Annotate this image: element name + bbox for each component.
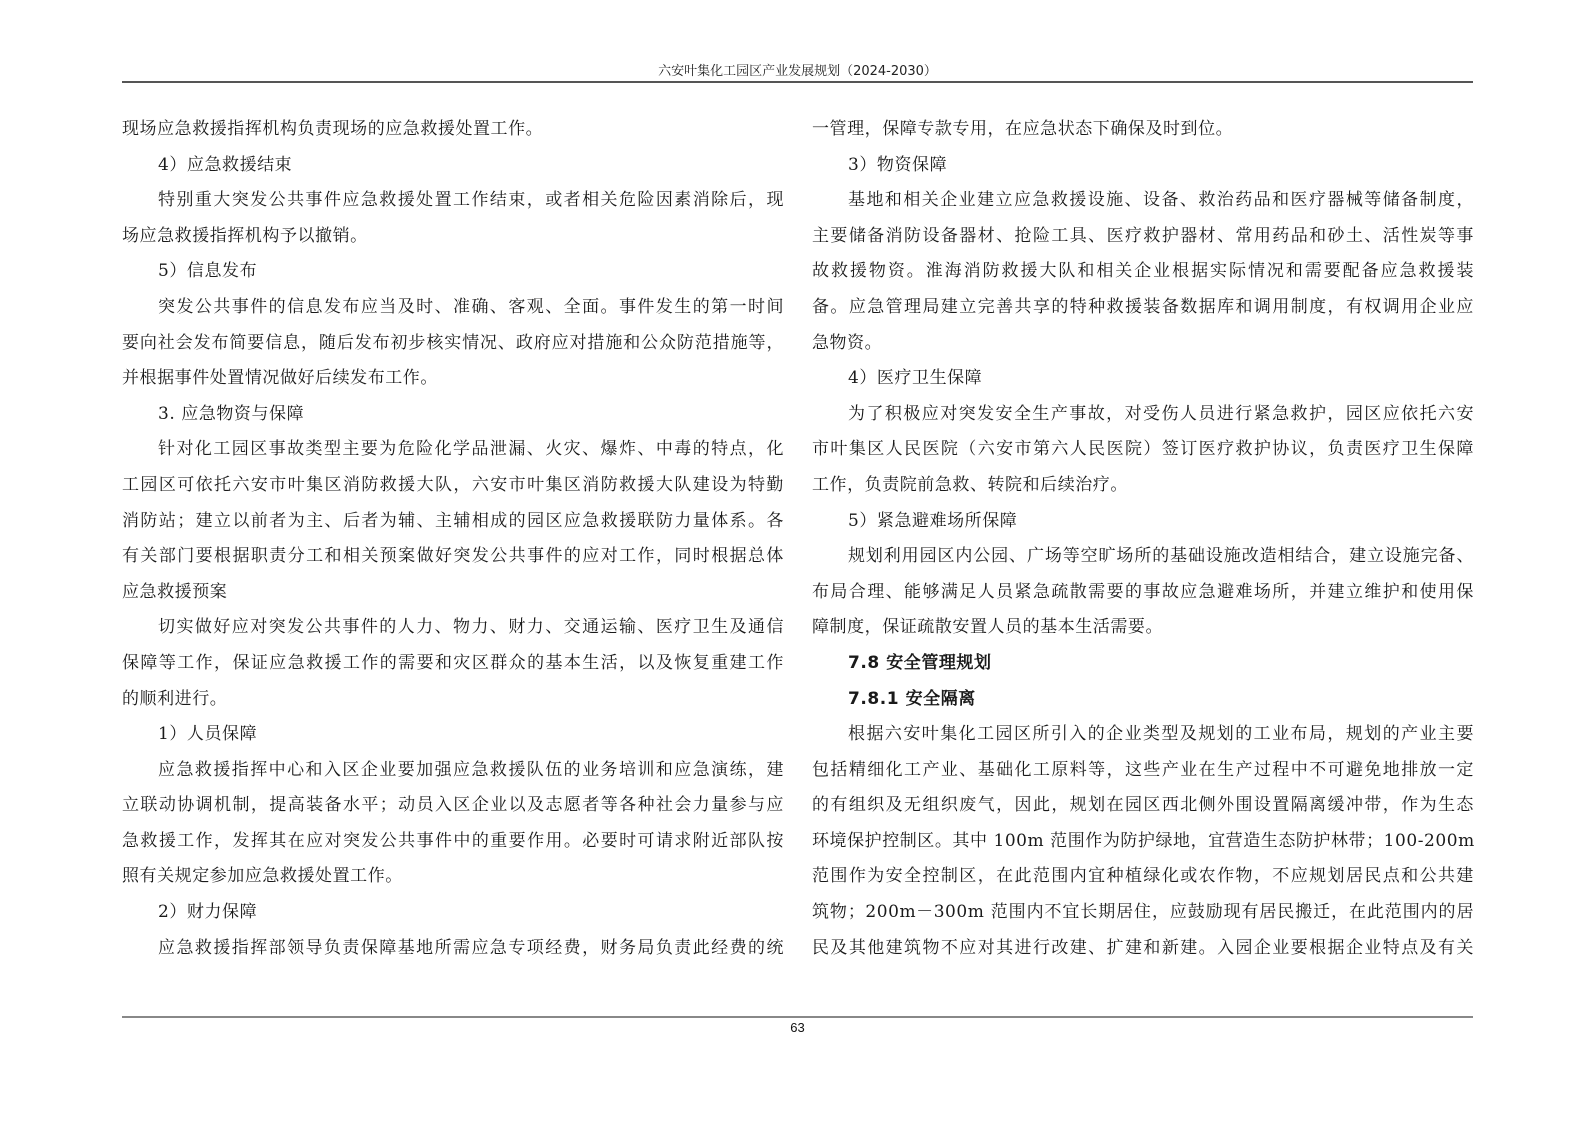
text-line: 特别重大突发公共事件应急救援处置工作结束，或者相关危险因素消除后，现 <box>122 183 784 219</box>
text-line: 一管理，保障专款专用，在应急状态下确保及时到位。 <box>812 112 1474 148</box>
header-divider <box>122 81 1473 83</box>
section-heading: 7.8 安全管理规划 <box>812 646 1474 682</box>
section-heading: 1）人员保障 <box>122 717 784 753</box>
text-line: 的有组织及无组织废气，因此，规划在园区西北侧外围设置隔离缓冲带，作为生态 <box>812 788 1474 824</box>
text-line: 工园区可依托六安市叶集区消防救援大队，六安市叶集区消防救援大队建设为特勤 <box>122 468 784 504</box>
text-line: 市叶集区人民医院（六安市第六人民医院）签订医疗救护协议，负责医疗卫生保障 <box>812 432 1474 468</box>
text-line: 针对化工园区事故类型主要为危险化学品泄漏、火灾、爆炸、中毒的特点，化 <box>122 432 784 468</box>
page-header-title: 六安叶集化工园区产业发展规划（2024-2030） <box>122 62 1473 82</box>
text-line: 包括精细化工产业、基础化工原料等，这些产业在生产过程中不可避免地排放一定 <box>812 753 1474 789</box>
text-line: 现场应急救援指挥机构负责现场的应急救援处置工作。 <box>122 112 784 148</box>
text-line: 民及其他建筑物不应对其进行改建、扩建和新建。入园企业要根据企业特点及有关 <box>812 931 1474 967</box>
text-line: 并根据事件处置情况做好后续发布工作。 <box>122 361 784 397</box>
section-heading: 4）应急救援结束 <box>122 148 784 184</box>
text-line: 切实做好应对突发公共事件的人力、物力、财力、交通运输、医疗卫生及通信 <box>122 610 784 646</box>
text-line: 消防站；建立以前者为主、后者为辅、主辅相成的园区应急救援联防力量体系。各 <box>122 504 784 540</box>
text-line: 照有关规定参加应急救援处置工作。 <box>122 859 784 895</box>
section-heading: 7.8.1 安全隔离 <box>812 682 1474 718</box>
text-line: 立联动协调机制，提高装备水平；动员入区企业以及志愿者等各种社会力量参与应 <box>122 788 784 824</box>
text-line: 故救援物资。淮海消防救援大队和相关企业根据实际情况和需要配备应急救援装 <box>812 254 1474 290</box>
text-line: 应急救援预案 <box>122 575 784 611</box>
text-line: 障制度，保证疏散安置人员的基本生活需要。 <box>812 610 1474 646</box>
section-heading: 3. 应急物资与保障 <box>122 397 784 433</box>
section-heading: 5）信息发布 <box>122 254 784 290</box>
text-line: 布局合理、能够满足人员紧急疏散需要的事故应急避难场所，并建立维护和使用保 <box>812 575 1474 611</box>
footer-divider <box>122 1016 1473 1018</box>
text-line: 环境保护控制区。其中 100m 范围作为防护绿地，宜营造生态防护林带；100-2… <box>812 824 1474 860</box>
left-column: 现场应急救援指挥机构负责现场的应急救援处置工作。4）应急救援结束特别重大突发公共… <box>122 112 784 966</box>
section-heading: 4）医疗卫生保障 <box>812 361 1474 397</box>
text-line: 工作，负责院前急救、转院和后续治疗。 <box>812 468 1474 504</box>
text-line: 要向社会发布简要信息，随后发布初步核实情况、政府应对措施和公众防范措施等， <box>122 326 784 362</box>
text-line: 范围作为安全控制区，在此范围内宜种植绿化或农作物，不应规划居民点和公共建 <box>812 859 1474 895</box>
section-heading: 2）财力保障 <box>122 895 784 931</box>
text-line: 场应急救援指挥机构予以撤销。 <box>122 219 784 255</box>
text-line: 筑物；200m－300m 范围内不宜长期居住，应鼓励现有居民搬迁，在此范围内的居 <box>812 895 1474 931</box>
text-line: 有关部门要根据职责分工和相关预案做好突发公共事件的应对工作，同时根据总体 <box>122 539 784 575</box>
text-line: 保障等工作，保证应急救援工作的需要和灾区群众的基本生活，以及恢复重建工作 <box>122 646 784 682</box>
text-line: 急救援工作，发挥其在应对突发公共事件中的重要作用。必要时可请求附近部队按 <box>122 824 784 860</box>
text-line: 备。应急管理局建立完善共享的特种救援装备数据库和调用制度，有权调用企业应 <box>812 290 1474 326</box>
text-line: 主要储备消防设备器材、抢险工具、医疗救护器材、常用药品和砂土、活性炭等事 <box>812 219 1474 255</box>
text-line: 为了积极应对突发安全生产事故，对受伤人员进行紧急救护，园区应依托六安 <box>812 397 1474 433</box>
text-line: 应急救援指挥中心和入区企业要加强应急救援队伍的业务培训和应急演练，建 <box>122 753 784 789</box>
text-line: 突发公共事件的信息发布应当及时、准确、客观、全面。事件发生的第一时间 <box>122 290 784 326</box>
section-heading: 5）紧急避难场所保障 <box>812 504 1474 540</box>
text-line: 急物资。 <box>812 326 1474 362</box>
text-line: 基地和相关企业建立应急救援设施、设备、救治药品和医疗器械等储备制度， <box>812 183 1474 219</box>
text-line: 根据六安叶集化工园区所引入的企业类型及规划的工业布局，规划的产业主要 <box>812 717 1474 753</box>
text-line: 应急救援指挥部领导负责保障基地所需应急专项经费，财务局负责此经费的统 <box>122 931 784 967</box>
section-heading: 3）物资保障 <box>812 148 1474 184</box>
text-line: 规划利用园区内公园、广场等空旷场所的基础设施改造相结合，建立设施完备、 <box>812 539 1474 575</box>
page-number: 63 <box>122 1020 1473 1035</box>
text-line: 的顺利进行。 <box>122 682 784 718</box>
right-column: 一管理，保障专款专用，在应急状态下确保及时到位。3）物资保障基地和相关企业建立应… <box>812 112 1474 966</box>
